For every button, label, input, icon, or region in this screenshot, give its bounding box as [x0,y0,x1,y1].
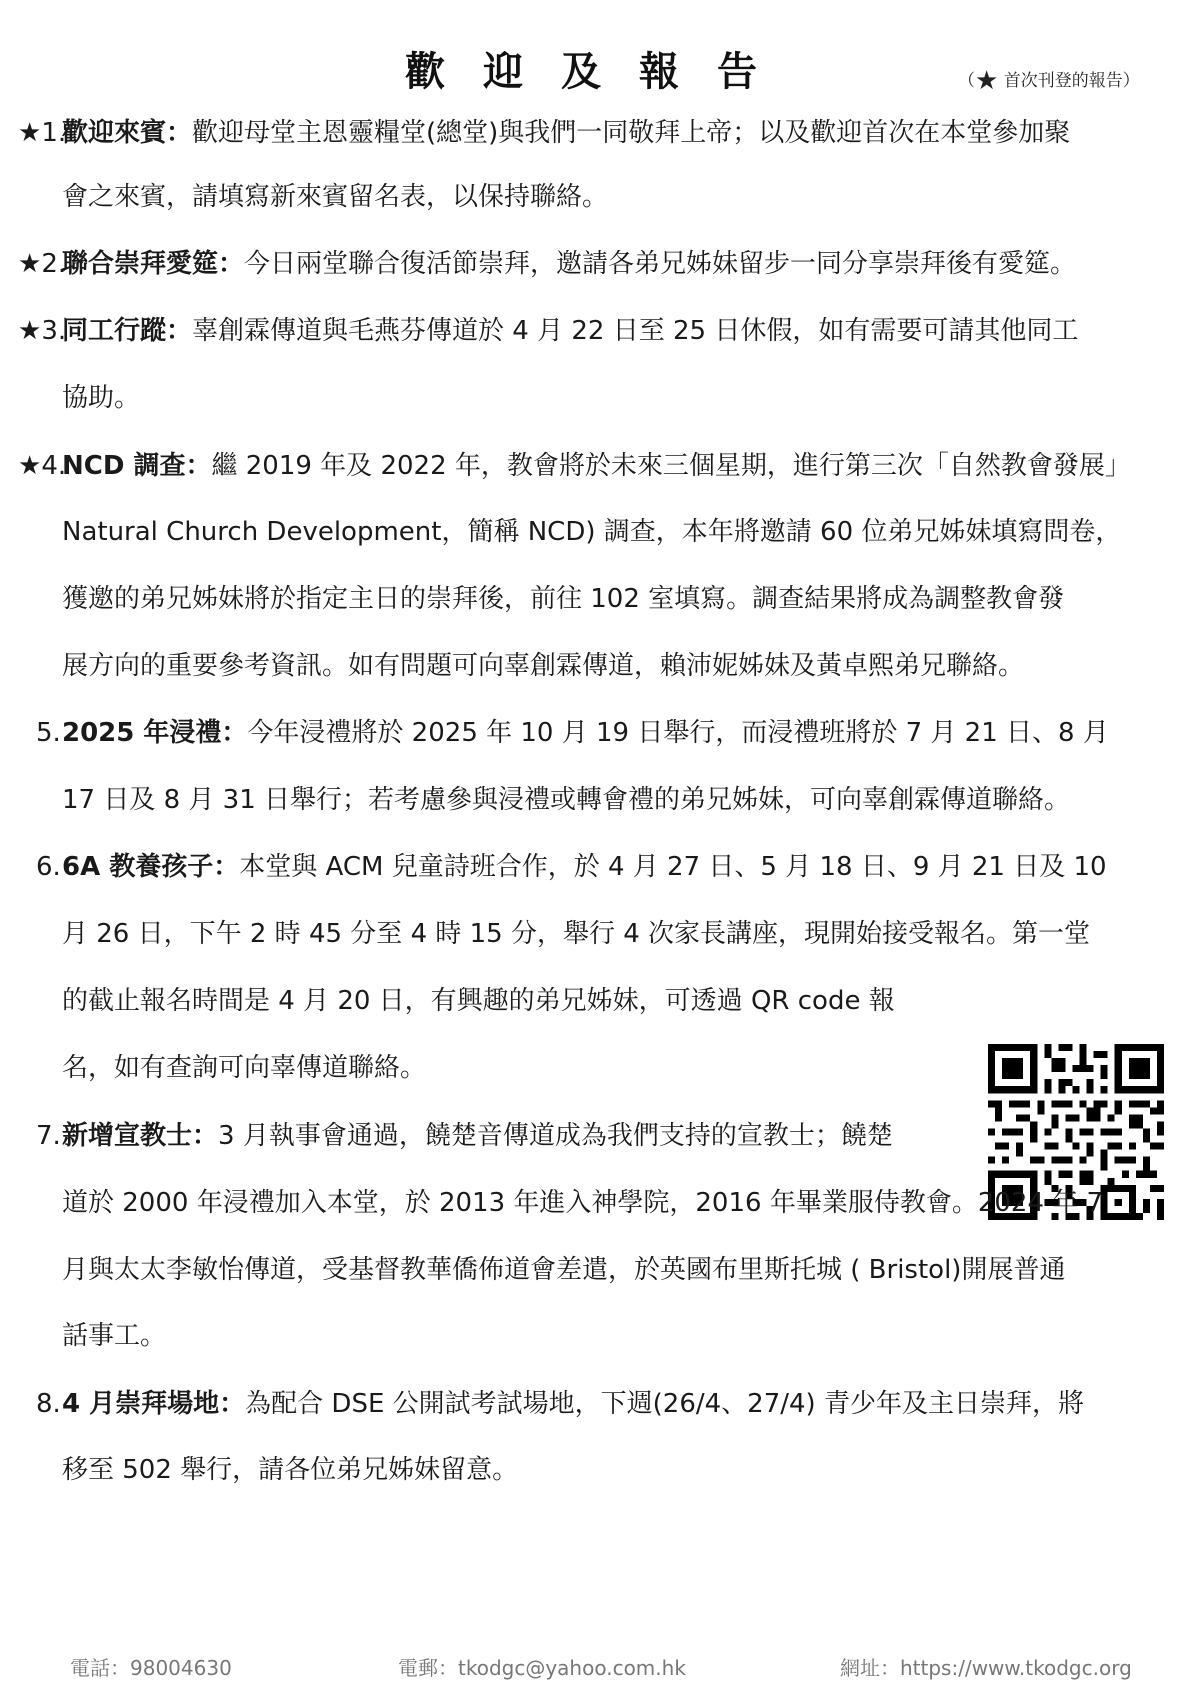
item-marker: ★4. [18,448,66,484]
item-line: 聯合崇拜愛筵：今日兩堂聯合復活節崇拜，邀請各弟兄姊妹留步一同分享崇拜後有愛筵。 [62,246,1076,282]
item-text: 今年浸禮將於 2025 年 10 月 19 日舉行，而浸禮班將於 7 月 21 … [247,718,1108,748]
item-marker: ★3. [18,313,66,349]
item-line: 同工行蹤：辜創霖傳道與毛燕芬傳道於 4 月 22 日至 25 日休假，如有需要可… [62,313,1078,349]
star-icon: ★ [18,118,41,148]
item-marker: 5. [36,715,61,751]
item-line: 協助。 [62,380,140,416]
star-icon: ★ [18,451,41,481]
item-text: 歡迎母堂主恩靈糧堂(總堂)與我們一同敬拜上帝；以及歡迎首次在本堂參加聚 [192,118,1070,148]
item-text: 今日兩堂聯合復活節崇拜，邀請各弟兄姊妹留步一同分享崇拜後有愛筵。 [244,249,1076,279]
item-line: 道於 2000 年浸禮加入本堂，於 2013 年進入神學院，2016 年畢業服侍… [62,1185,1103,1221]
item-line: 話事工。 [62,1318,166,1354]
footer-website[interactable]: 網址：https://www.tkodgc.org [840,1652,1132,1681]
star-icon: ★ [975,66,998,96]
item-line: 月與太太李敏怡傳道，受基督教華僑佈道會差遣，於英國布里斯托城 ( Bristol… [62,1252,1065,1288]
item-heading: 6A 教養孩子： [62,852,239,882]
item-text: 3 月執事會通過，饒楚音傳道成為我們支持的宣教士；饒楚 [218,1121,893,1151]
item-marker: 8. [36,1386,61,1422]
item-line: 的截止報名時間是 4 月 20 日，有興趣的弟兄姊妹，可透過 QR code 報 [62,983,895,1019]
item-line: 歡迎來賓：歡迎母堂主恩靈糧堂(總堂)與我們一同敬拜上帝；以及歡迎首次在本堂參加聚 [62,115,1070,151]
item-heading: 聯合崇拜愛筵： [62,249,244,279]
item-text: 為配合 DSE 公開試考試場地，下週(26/4、27/4) 青少年及主日崇拜，將 [245,1389,1084,1419]
item-line: Natural Church Development，簡稱 NCD) 調查，本年… [62,514,1121,550]
item-marker: 6. [36,849,61,885]
item-marker: 7. [36,1118,61,1154]
item-heading: NCD 調查： [62,451,211,481]
item-heading: 4 月崇拜場地： [62,1389,245,1419]
item-heading: 歡迎來賓： [62,118,192,148]
item-line: NCD 調查：繼 2019 年及 2022 年，教會將於未來三個星期，進行第三次… [62,448,1131,484]
item-line: 移至 502 舉行，請各位弟兄姊妹留意。 [62,1452,518,1488]
item-marker: ★2. [18,246,66,282]
item-heading: 同工行蹤： [62,316,192,346]
item-number: 6. [36,852,61,882]
page-title: 歡迎及報告 [405,40,795,97]
item-number: 7. [36,1121,61,1151]
item-number: 8. [36,1389,61,1419]
star-icon: ★ [18,316,41,346]
note-close-paren: ） [1123,71,1140,91]
item-line: 會之來賓，請填寫新來賓留名表，以保持聯絡。 [62,179,608,215]
item-line: 2025 年浸禮：今年浸禮將於 2025 年 10 月 19 日舉行，而浸禮班將… [62,715,1109,751]
footer-phone[interactable]: 電話：98004630 [70,1652,232,1681]
footer-email[interactable]: 電郵：tkodgc@yahoo.com.hk [398,1652,686,1681]
first-publication-note: （★ 首次刊登的報告） [958,66,1140,96]
note-text: 首次刊登的報告 [1004,71,1123,91]
item-text: 繼 2019 年及 2022 年，教會將於未來三個星期，進行第三次「自然教會發展… [211,451,1130,481]
item-text: 本堂與 ACM 兒童詩班合作，於 4 月 27 日、5 月 18 日、9 月 2… [239,852,1106,882]
item-line: 4 月崇拜場地：為配合 DSE 公開試考試場地，下週(26/4、27/4) 青少… [62,1386,1084,1422]
item-line: 名，如有查詢可向辜傳道聯絡。 [62,1050,426,1086]
item-heading: 新增宣教士： [62,1121,218,1151]
item-line: 新增宣教士：3 月執事會通過，饒楚音傳道成為我們支持的宣教士；饒楚 [62,1118,893,1154]
item-heading: 2025 年浸禮： [62,718,247,748]
item-number: 5. [36,718,61,748]
item-line: 6A 教養孩子：本堂與 ACM 兒童詩班合作，於 4 月 27 日、5 月 18… [62,849,1107,885]
item-line: 獲邀的弟兄姊妹將於指定主日的崇拜後，前往 102 室填寫。調查結果將成為調整教會… [62,581,1064,617]
note-open-paren: （ [958,71,975,91]
star-icon: ★ [18,249,41,279]
item-marker: ★1. [18,115,66,151]
item-line: 月 26 日，下午 2 時 45 分至 4 時 15 分，舉行 4 次家長講座，… [62,916,1090,952]
item-line: 17 日及 8 月 31 日舉行；若考慮參與浸禮或轉會禮的弟兄姊妹，可向辜創霖傳… [62,782,1070,818]
item-text: 辜創霖傳道與毛燕芬傳道於 4 月 22 日至 25 日休假，如有需要可請其他同工 [192,316,1078,346]
item-line: 展方向的重要參考資訊。如有問題可向辜創霖傳道，賴沛妮姊妹及黃卓熙弟兄聯絡。 [62,648,1024,684]
